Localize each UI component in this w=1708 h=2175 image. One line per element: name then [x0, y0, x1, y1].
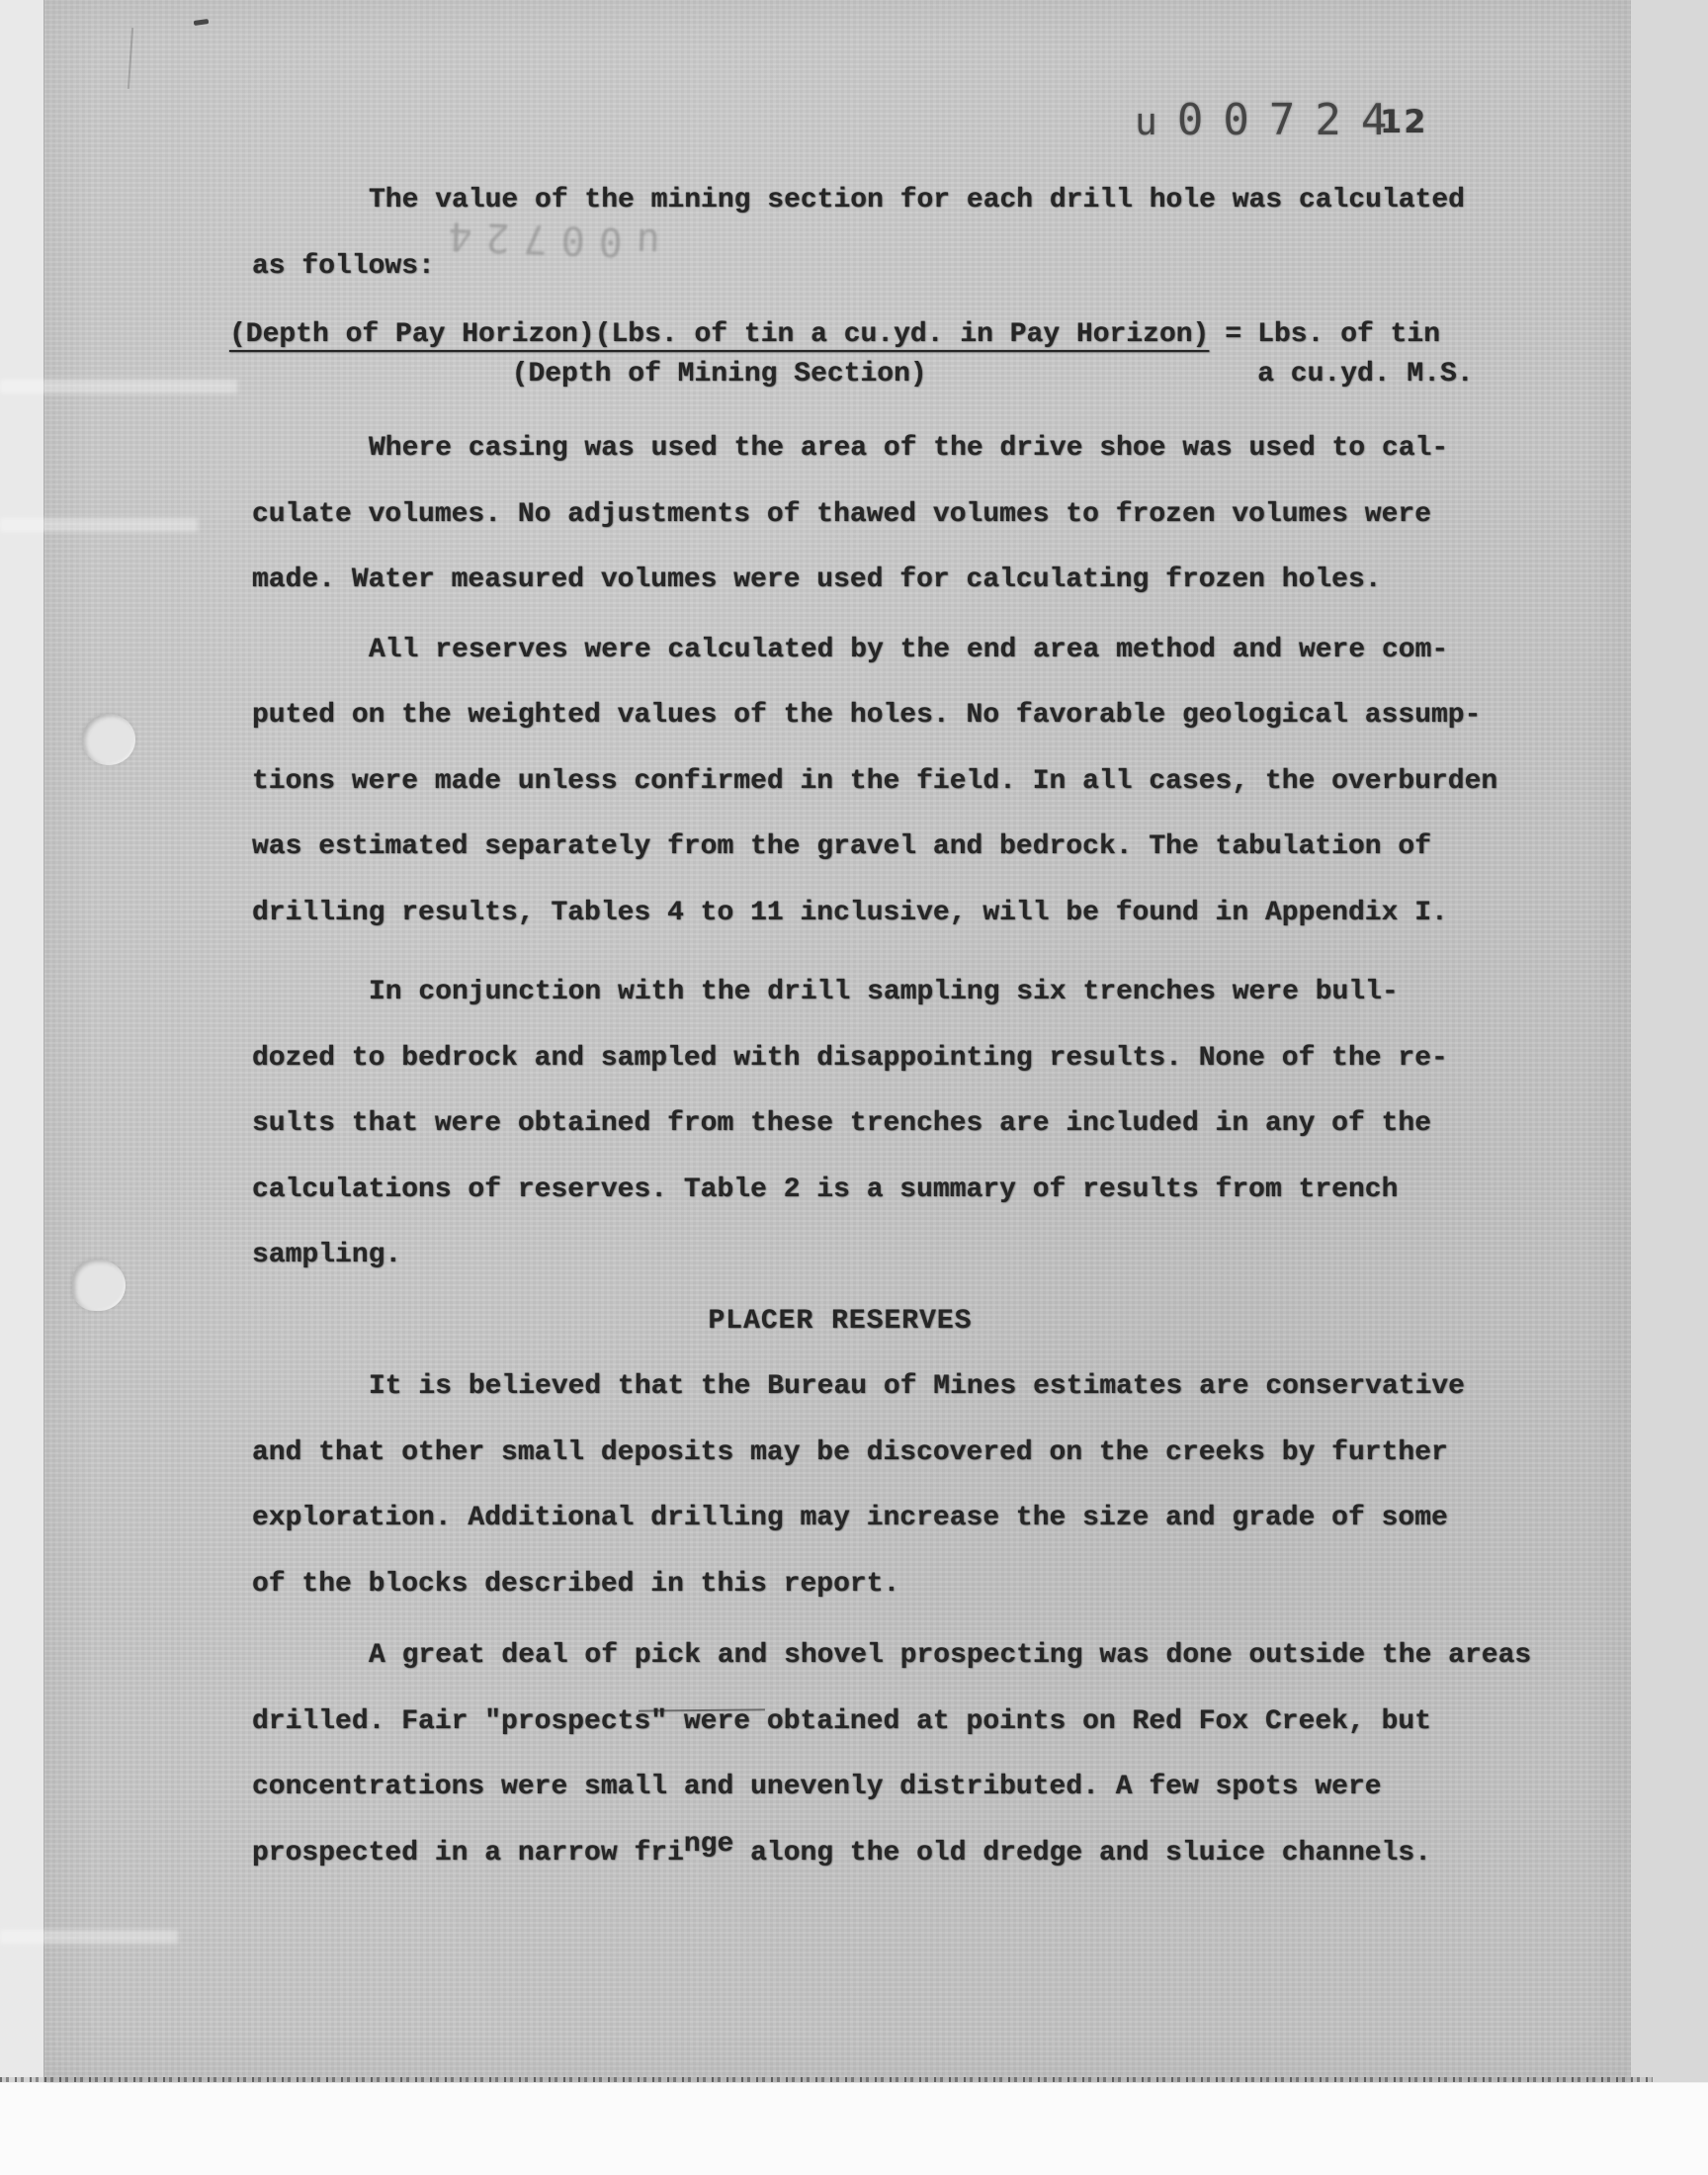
formula-fraction: (Depth of Pay Horizon)(Lbs. of tin a cu.…: [229, 315, 1209, 394]
paragraph-trench-sampling: In conjunction with the drill sampling s…: [252, 960, 1567, 1289]
paragraph-casing-volumes: Where casing was used the area of the dr…: [252, 416, 1567, 614]
paragraph-prospecting: A great deal of pick and shovel prospect…: [252, 1623, 1567, 1821]
text-line: was estimated separately from the gravel…: [252, 815, 1567, 881]
text-line: and that other small deposits may be dis…: [252, 1421, 1567, 1487]
text-line: concentrations were small and unevenly d…: [252, 1755, 1567, 1821]
formula-result: Lbs. of tin a cu.yd. M.S.: [1257, 315, 1473, 394]
text-line: sults that were obtained from these tren…: [252, 1091, 1567, 1158]
typewritten-body: The value of the mining section for each…: [252, 168, 1567, 1886]
formula-result-line2: a cu.yd. M.S.: [1257, 355, 1473, 394]
text-line: A great deal of pick and shovel prospect…: [252, 1623, 1567, 1690]
text-line: drilling results, Tables 4 to 11 inclusi…: [252, 881, 1567, 947]
text-line: tions were made unless confirmed in the …: [252, 749, 1567, 816]
page-number: 12: [1380, 103, 1428, 140]
stamp-number: 00724: [1177, 95, 1407, 145]
scan-streak: [0, 1930, 178, 1944]
formula-result-line1: Lbs. of tin: [1257, 315, 1473, 355]
text-line: culate volumes. No adjustments of thawed…: [252, 482, 1567, 549]
text-line: puted on the weighted values of the hole…: [252, 683, 1567, 749]
text-line: All reserves were calculated by the end …: [252, 618, 1567, 684]
line-segment: prospected in a narrow fri: [252, 1838, 684, 1869]
text-line: exploration. Additional drilling may inc…: [252, 1486, 1567, 1552]
paragraph-bureau-estimates: It is believed that the Bureau of Mines …: [252, 1354, 1567, 1617]
text-line: calculations of reserves. Table 2 is a s…: [252, 1158, 1567, 1224]
text-line: drilled. Fair "prospects" were obtained …: [252, 1690, 1567, 1756]
line-segment: along the old dredge and sluice channels…: [733, 1838, 1431, 1869]
text-line: In conjunction with the drill sampling s…: [252, 960, 1567, 1026]
paragraph-value-calculation: The value of the mining section for each…: [252, 168, 1567, 300]
formula-denominator: (Depth of Mining Section): [229, 355, 1209, 394]
scan-bottom-margin: [0, 2083, 1708, 2175]
hole-punch-bottom: [72, 1260, 126, 1311]
text-line: Where casing was used the area of the dr…: [252, 416, 1567, 482]
text-line: The value of the mining section for each…: [252, 168, 1567, 234]
paragraph-reserve-calculation: All reserves were calculated by the end …: [252, 618, 1567, 947]
scan-left-margin: [0, 0, 44, 2082]
paragraph-prospecting-last-line: prospected in a narrow fringe along the …: [252, 1821, 1567, 1887]
text-line: of the blocks described in this report.: [252, 1552, 1567, 1618]
scanner-edge-artifact: [0, 2077, 1653, 2082]
text-line: It is believed that the Bureau of Mines …: [252, 1354, 1567, 1421]
scan-right-margin: [1631, 0, 1708, 2082]
hole-punch-top: [82, 714, 135, 765]
document-number-stamp: u00724: [1135, 95, 1407, 145]
stamp-prefix: u: [1135, 100, 1177, 143]
text-line: made. Water measured volumes were used f…: [252, 548, 1567, 614]
formula-equals-sign: =: [1209, 315, 1257, 355]
tin-value-formula: (Depth of Pay Horizon)(Lbs. of tin a cu.…: [229, 315, 1567, 394]
text-line: sampling.: [252, 1223, 1567, 1289]
section-heading-placer-reserves: PLACER RESERVES: [183, 1289, 1497, 1355]
raised-typewriter-letters: nge: [684, 1812, 733, 1878]
scan-streak: [0, 380, 237, 393]
formula-numerator: (Depth of Pay Horizon)(Lbs. of tin a cu.…: [229, 315, 1209, 355]
text-line: dozed to bedrock and sampled with disapp…: [252, 1026, 1567, 1092]
text-line: as follows:: [252, 234, 1567, 301]
scan-streak: [0, 518, 198, 532]
